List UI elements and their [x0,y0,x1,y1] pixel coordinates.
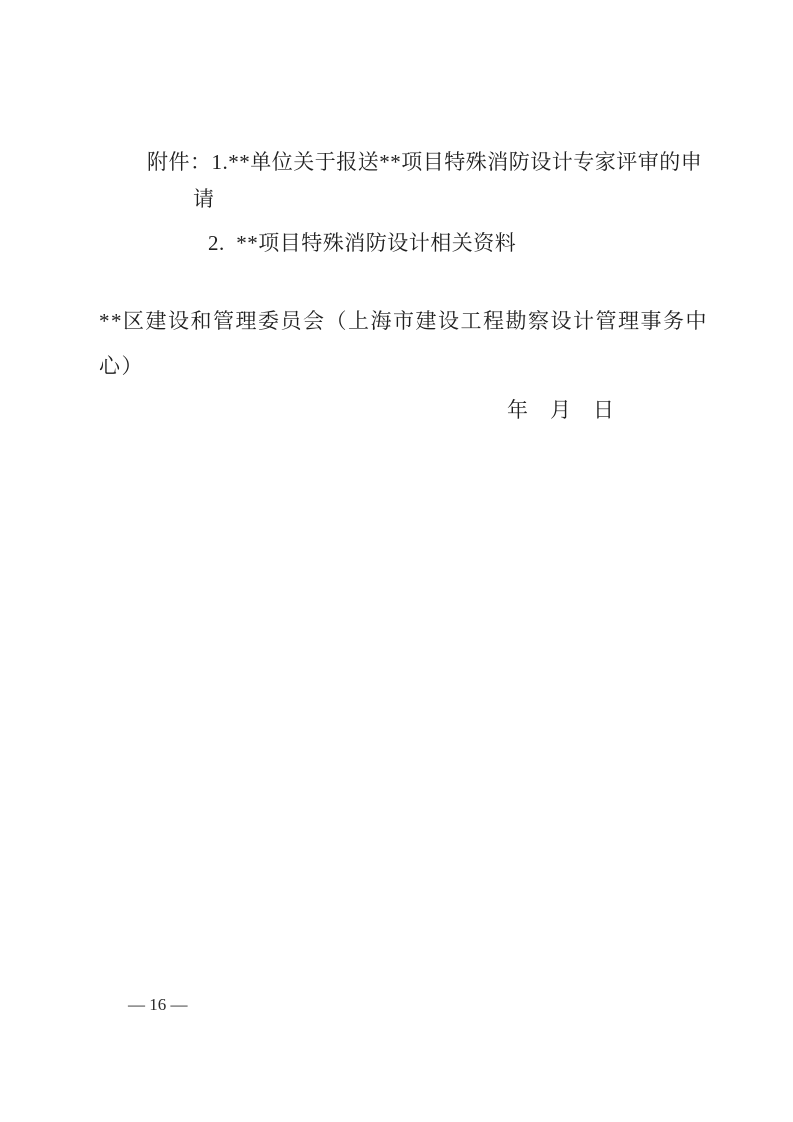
attachment-item-2: 2. **项目特殊消防设计相关资料 [208,230,516,257]
document-page: 附件：1.**单位关于报送**项目特殊消防设计专家评审的申 请 2. **项目特… [0,0,793,1122]
signature-date-line: 年 月 日 [507,397,615,424]
attachment-item-1-wrap: 请 [193,186,215,213]
issuer-name-line-1: **区建设和管理委员会（上海市建设工程勘察设计管理事务中 [99,308,708,335]
attachment-list-line-1: 附件：1.**单位关于报送**项目特殊消防设计专家评审的申 [147,149,702,176]
page-number: — 16 — [128,995,188,1014]
issuer-name-line-2: 心） [99,353,144,380]
